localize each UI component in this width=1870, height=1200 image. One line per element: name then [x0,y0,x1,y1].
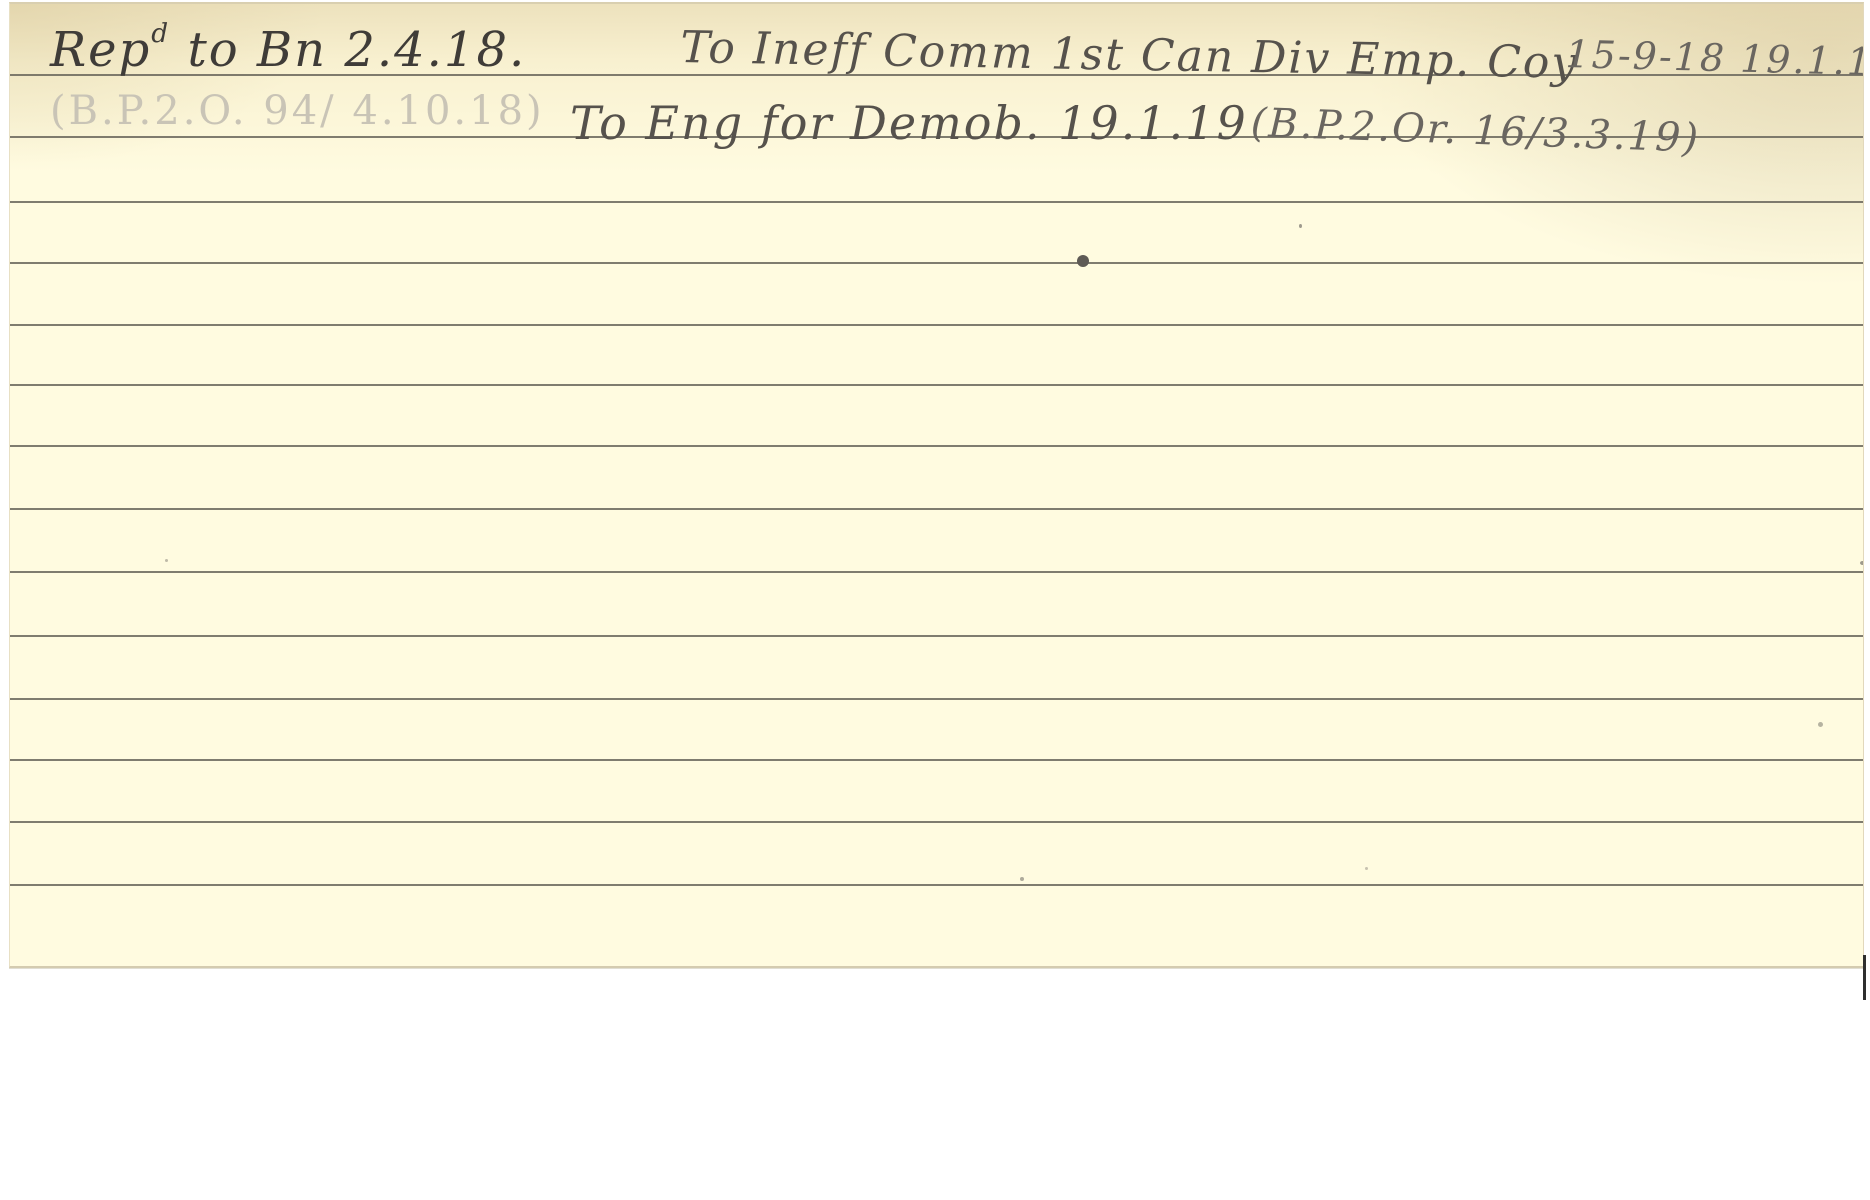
entry-faint-order-reference: (B.P.2.O. 94/ 4.10.18) [50,88,545,134]
entry-order-reference: (B.P.2.Or. 16/3.3.19) [1250,100,1701,162]
ruled-line [10,445,1863,447]
ruled-line [10,884,1863,886]
scan-page: Repd to Bn 2.4.18. To Ineff Comm 1st Can… [0,0,1870,1200]
entry-reported-to-battalion: Repd to Bn 2.4.18. [50,18,526,78]
index-card: Repd to Bn 2.4.18. To Ineff Comm 1st Can… [9,2,1864,968]
paper-speck [165,559,168,562]
entry-to-england-demob: To Eng for Demob. 19.1.19 [570,96,1248,150]
ruled-line [10,324,1863,326]
scan-edge-mark [1863,955,1866,1000]
ruled-line [10,571,1863,573]
paper-speck [1818,722,1823,727]
ink-blot [1077,255,1089,267]
entry-superscript: d [151,18,170,49]
ruled-line [10,759,1863,761]
ruled-line [10,635,1863,637]
ruled-line [10,698,1863,700]
paper-speck [1860,561,1864,565]
paper-speck [1299,224,1302,228]
entry-ineffective-company: To Ineff Comm 1st Can Div Emp. Coy [680,22,1579,89]
paper-speck [1365,867,1368,870]
ruled-line [10,821,1863,823]
entry-company-dates: 15-9-18 19.1.19 [1565,32,1864,85]
ruled-line [10,384,1863,386]
entry-text: to Bn 2.4.18. [170,22,526,78]
ruled-line [10,508,1863,510]
entry-text: Rep [50,22,151,78]
paper-speck [1020,877,1024,881]
ruled-line [10,201,1863,203]
ruled-line [10,262,1863,264]
